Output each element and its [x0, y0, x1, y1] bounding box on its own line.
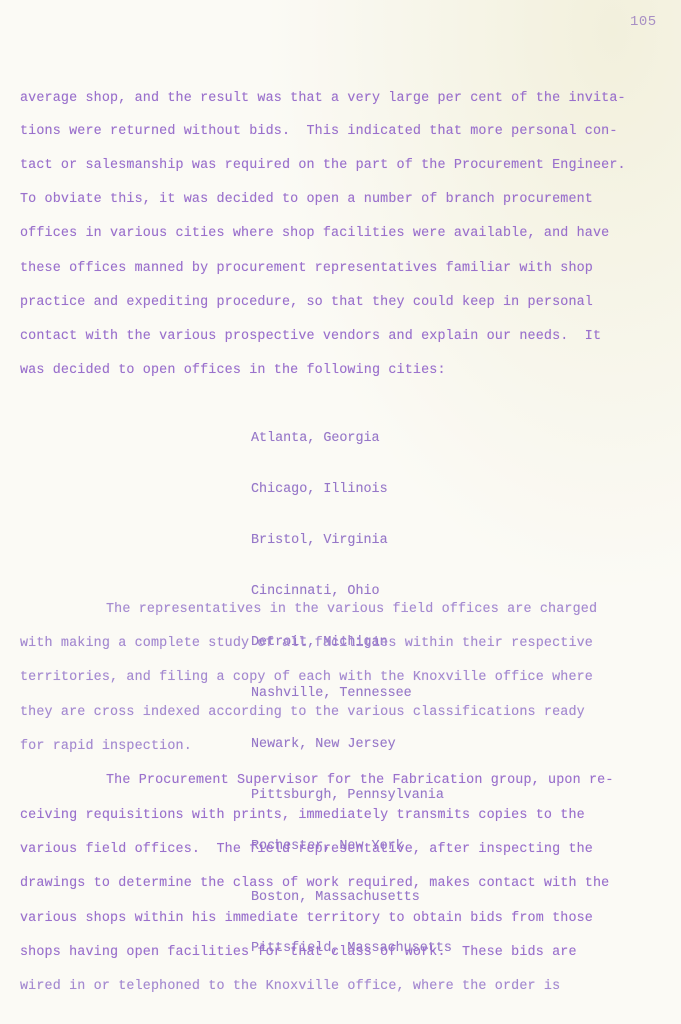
- text-line: shops having open facilities for that cl…: [20, 945, 577, 961]
- text-line: The Procurement Supervisor for the Fabri…: [106, 773, 614, 789]
- page-number: 105: [630, 14, 657, 30]
- city-list: Atlanta, Georgia Chicago, Illinois Brist…: [251, 396, 452, 991]
- city-item: Nashville, Tennessee: [251, 685, 452, 702]
- text-line: territories, and filing a copy of each w…: [20, 670, 593, 686]
- city-item: Atlanta, Georgia: [251, 430, 452, 447]
- text-line: contact with the various prospective ven…: [20, 329, 601, 345]
- text-line: drawings to determine the class of work …: [20, 876, 609, 892]
- text-line: with making a complete study of all faci…: [20, 636, 593, 652]
- city-item: Bristol, Virginia: [251, 532, 452, 549]
- text-line: these offices manned by procurement repr…: [20, 261, 593, 277]
- text-line: they are cross indexed according to the …: [20, 705, 585, 721]
- text-line: wired in or telephoned to the Knoxville …: [20, 979, 560, 995]
- text-line: tions were returned without bids. This i…: [20, 124, 618, 140]
- text-line: for rapid inspection.: [20, 739, 192, 755]
- text-line: offices in various cities where shop fac…: [20, 226, 609, 242]
- text-line: The representatives in the various field…: [106, 602, 597, 618]
- text-line: tact or salesmanship was required on the…: [20, 158, 626, 174]
- text-line: practice and expediting procedure, so th…: [20, 295, 593, 311]
- city-item: Chicago, Illinois: [251, 481, 452, 498]
- text-line: To obviate this, it was decided to open …: [20, 192, 593, 208]
- typewritten-page: 105 average shop, and the result was tha…: [0, 0, 681, 1024]
- text-line: ceiving requisitions with prints, immedi…: [20, 808, 585, 824]
- text-line: average shop, and the result was that a …: [20, 91, 626, 107]
- city-item: Pittsburgh, Pennsylvania: [251, 787, 452, 804]
- text-line: various shops within his immediate terri…: [20, 911, 593, 927]
- city-item: Cincinnati, Ohio: [251, 583, 452, 600]
- city-item: Newark, New Jersey: [251, 736, 452, 753]
- text-line: was decided to open offices in the follo…: [20, 363, 446, 379]
- text-line: various field offices. The field represe…: [20, 842, 593, 858]
